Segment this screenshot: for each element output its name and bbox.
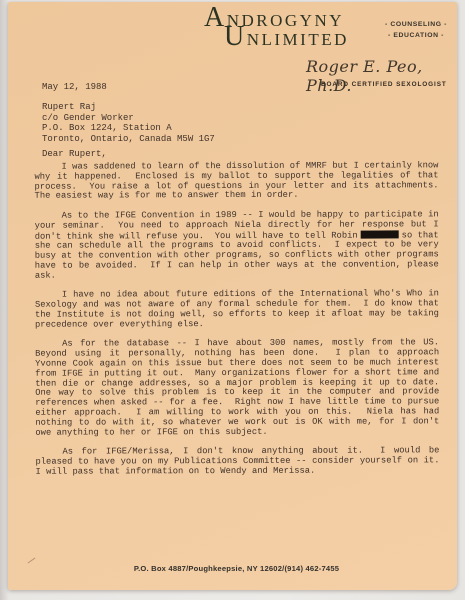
letter-paper: ANDROGYNY UNLIMITED - COUNSELING - - EDU… bbox=[8, 2, 457, 590]
footer-address: P.O. Box 4887/Poughkeepsie, NY 12602/(91… bbox=[16, 564, 457, 573]
letterhead-brand-line2: UNLIMITED bbox=[224, 26, 349, 51]
recipient-name: Rupert Raj bbox=[42, 102, 215, 113]
salutation: Dear Rupert, bbox=[42, 149, 107, 159]
letterhead-credential: BOARD CERTIFIED SEXOLOGIST bbox=[321, 81, 447, 88]
letterhead-services: - COUNSELING - - EDUCATION - bbox=[380, 19, 452, 41]
recipient-care-of: c/o Gender Worker bbox=[42, 113, 215, 124]
paragraph-5: As for IFGE/Merissa, I don't know anythi… bbox=[35, 446, 439, 477]
letterhead-name: Roger E. Peo, Ph.D. bbox=[306, 57, 457, 95]
letter-body: I was saddened to learn of the dissoluti… bbox=[34, 161, 439, 487]
redaction-box bbox=[361, 230, 399, 238]
paragraph-1: I was saddened to learn of the dissoluti… bbox=[34, 161, 438, 202]
recipient-po-box: P.O. Box 1224, Station A bbox=[42, 123, 215, 134]
service-counseling: - COUNSELING - bbox=[380, 19, 452, 30]
scanned-letter: ANDROGYNY UNLIMITED - COUNSELING - - EDU… bbox=[0, 0, 465, 600]
letter-date: May 12, 1988 bbox=[42, 82, 107, 92]
paragraph-3: I have no idea about future editions of … bbox=[35, 290, 439, 331]
service-education: - EDUCATION - bbox=[380, 30, 452, 41]
recipient-city: Toronto, Ontario, Canada M5W 1G7 bbox=[42, 134, 215, 145]
recipient-address: Rupert Raj c/o Gender Worker P.O. Box 12… bbox=[42, 102, 215, 145]
paragraph-2: As to the IFGE Convention in 1989 -- I w… bbox=[35, 210, 439, 281]
paragraph-4: As for the database -- I have about 300 … bbox=[35, 339, 439, 438]
pencil-mark bbox=[27, 558, 35, 564]
